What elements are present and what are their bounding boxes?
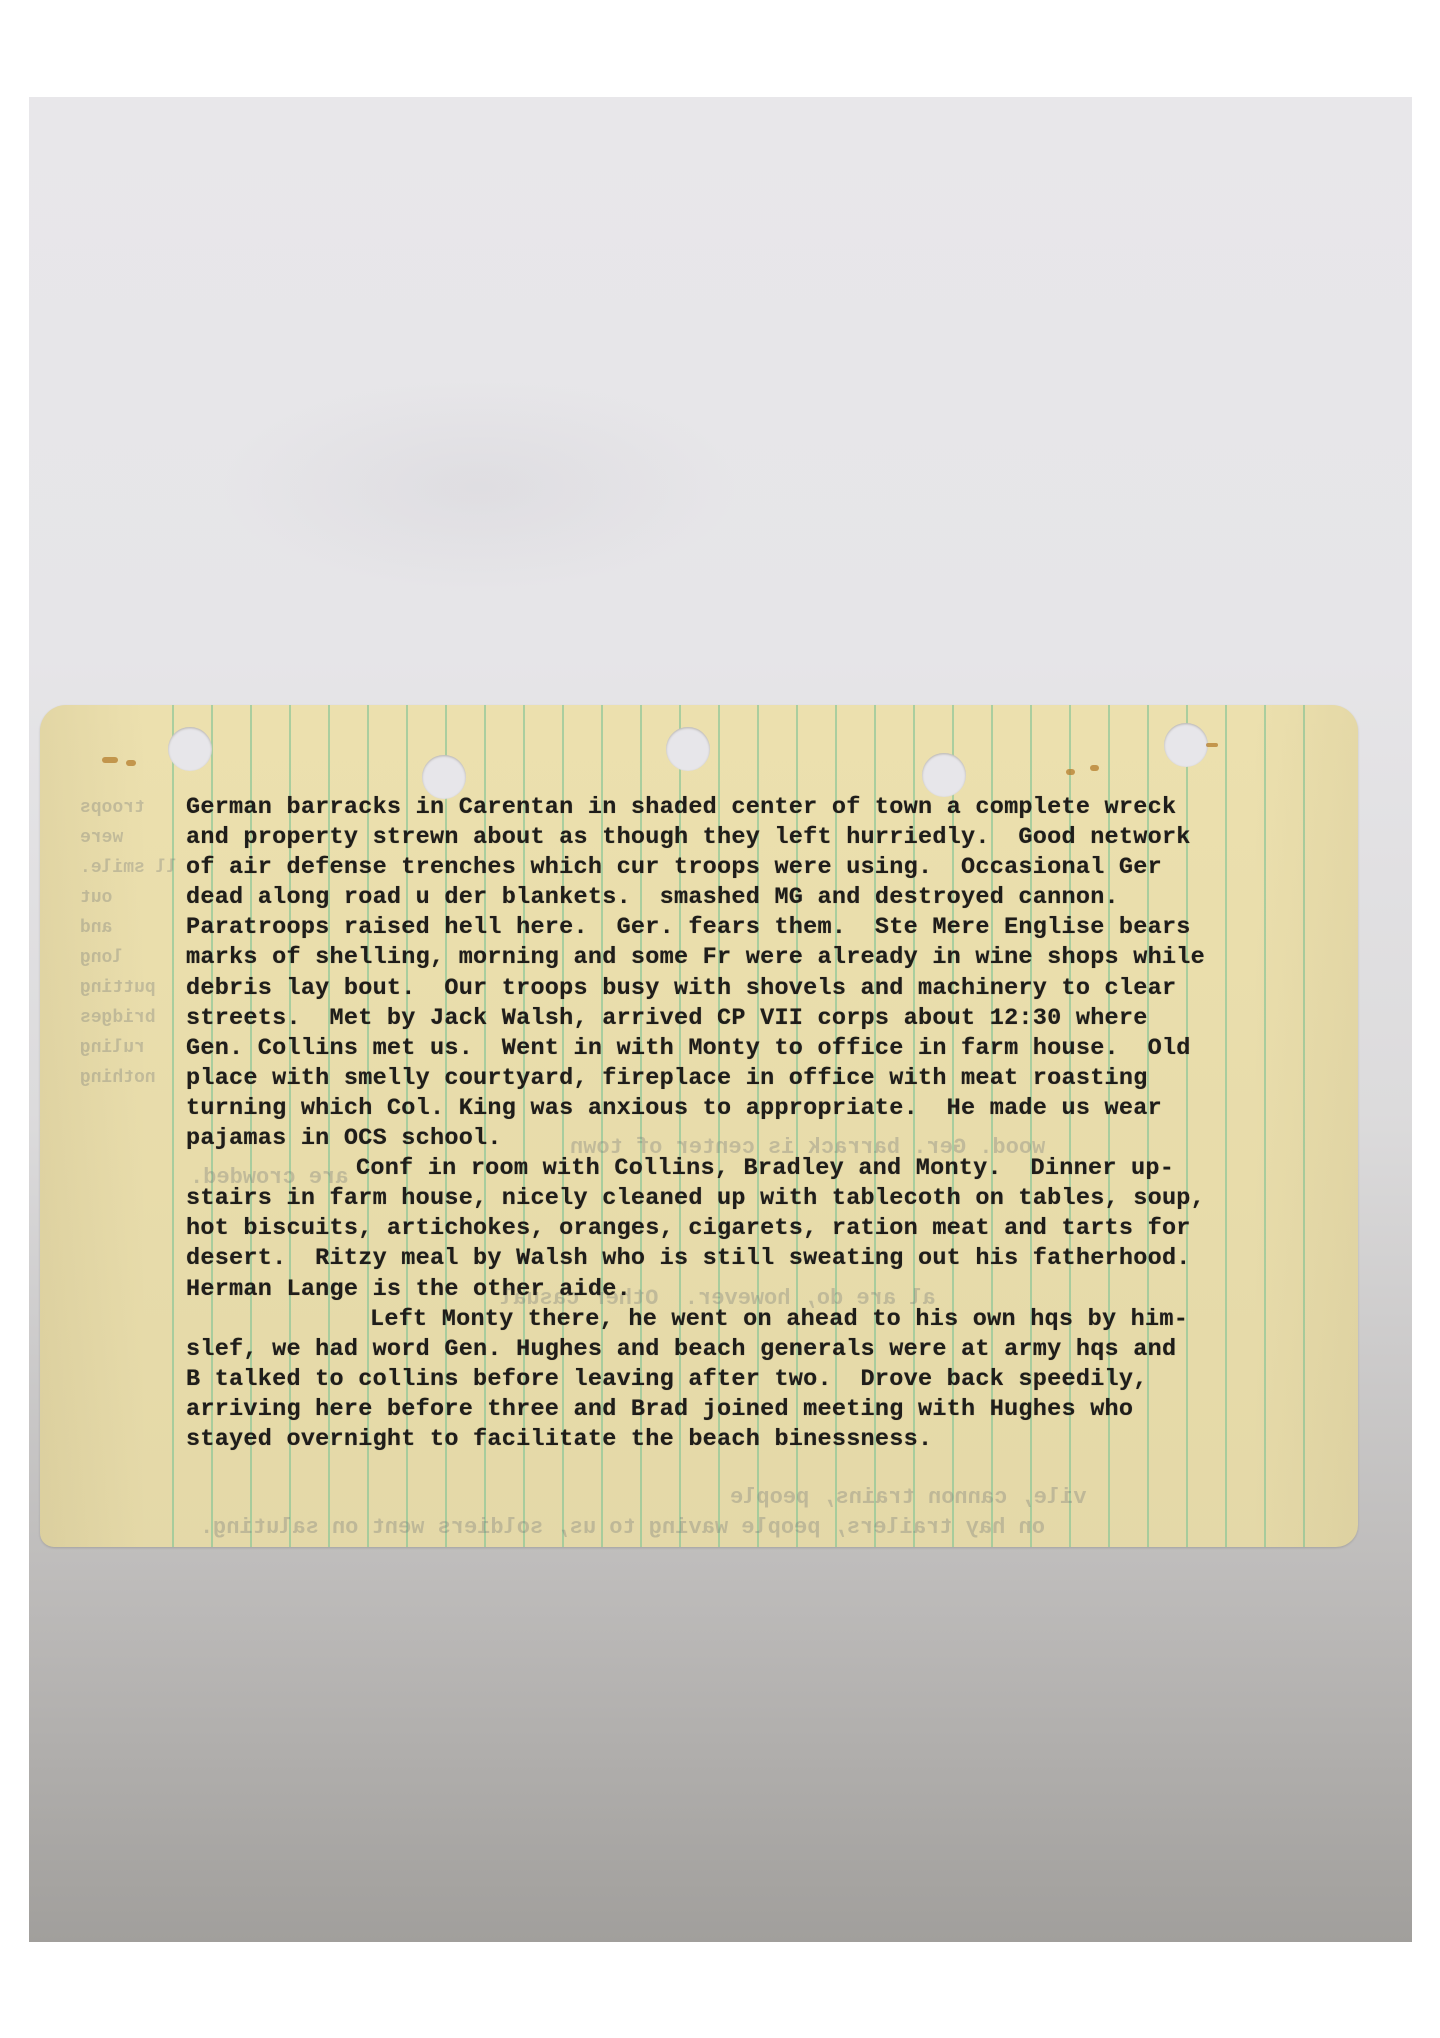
rust-stain xyxy=(1206,743,1218,747)
punch-hole-4 xyxy=(922,753,966,797)
rust-stain xyxy=(102,757,118,763)
text-line: of air defense trenches which cur troops… xyxy=(186,853,1205,883)
text-line: debris lay bout. Our troops busy with sh… xyxy=(186,974,1205,1004)
show-through-fragment: vile, cannon trains, people xyxy=(730,1483,1086,1513)
text-line: hot biscuits, artichokes, oranges, cigar… xyxy=(186,1214,1205,1244)
punch-hole-5 xyxy=(1164,723,1208,767)
text-line: Paratroops raised hell here. Ger. fears … xyxy=(186,913,1205,943)
text-line: and property strewn about as though they… xyxy=(186,823,1205,853)
show-through-word: and xyxy=(80,913,180,943)
text-line: desert. Ritzy meal by Walsh who is still… xyxy=(186,1244,1205,1274)
text-line: stayed overnight to facilitate the beach… xyxy=(186,1425,1205,1455)
rust-stain xyxy=(1066,769,1075,775)
typed-diary-text: German barracks in Carentan in shaded ce… xyxy=(186,793,1205,1455)
text-line: slef, we had word Gen. Hughes and beach … xyxy=(186,1335,1205,1365)
rust-stain xyxy=(126,760,136,766)
rust-stain xyxy=(1090,765,1099,771)
index-card: troopswerell smile.outandlongputtingbrid… xyxy=(40,705,1358,1547)
text-line-indented: Left Monty there, he went on ahead to hi… xyxy=(186,1305,1205,1335)
text-line: dead along road u der blankets. smashed … xyxy=(186,883,1205,913)
faded-letterhead-mark xyxy=(219,377,739,597)
punch-hole-1 xyxy=(168,727,212,771)
show-through-word: long xyxy=(80,943,180,973)
text-line: turning which Col. King was anxious to a… xyxy=(186,1094,1205,1124)
text-line: arriving here before three and Brad join… xyxy=(186,1395,1205,1425)
show-through-word: were xyxy=(80,823,180,853)
show-through-word: ll smile. xyxy=(80,853,180,883)
text-line: streets. Met by Jack Walsh, arrived CP V… xyxy=(186,1004,1205,1034)
show-through-word: nothing xyxy=(80,1063,180,1093)
show-through-fragment: on hay trailers, people waving to us, so… xyxy=(200,1513,1045,1543)
text-line: stairs in farm house, nicely cleaned up … xyxy=(186,1184,1205,1214)
text-line: pajamas in OCS school. xyxy=(186,1124,1205,1154)
show-through-word: out xyxy=(80,883,180,913)
show-through-word: bridges xyxy=(80,1003,180,1033)
show-through-word: troops xyxy=(80,793,180,823)
text-line-indented: Conf in room with Collins, Bradley and M… xyxy=(186,1154,1205,1184)
punch-hole-3 xyxy=(666,727,710,771)
show-through-left: troopswerell smile.outandlongputtingbrid… xyxy=(80,793,180,1093)
show-through-word: ruling xyxy=(80,1033,180,1063)
text-line: Herman Lange is the other aide. xyxy=(186,1275,1205,1305)
text-line: Gen. Collins met us. Went in with Monty … xyxy=(186,1034,1205,1064)
show-through-word: putting xyxy=(80,973,180,1003)
text-line: B talked to collins before leaving after… xyxy=(186,1365,1205,1395)
text-line: place with smelly courtyard, fireplace i… xyxy=(186,1064,1205,1094)
text-line: German barracks in Carentan in shaded ce… xyxy=(186,793,1205,823)
text-line: marks of shelling, morning and some Fr w… xyxy=(186,943,1205,973)
